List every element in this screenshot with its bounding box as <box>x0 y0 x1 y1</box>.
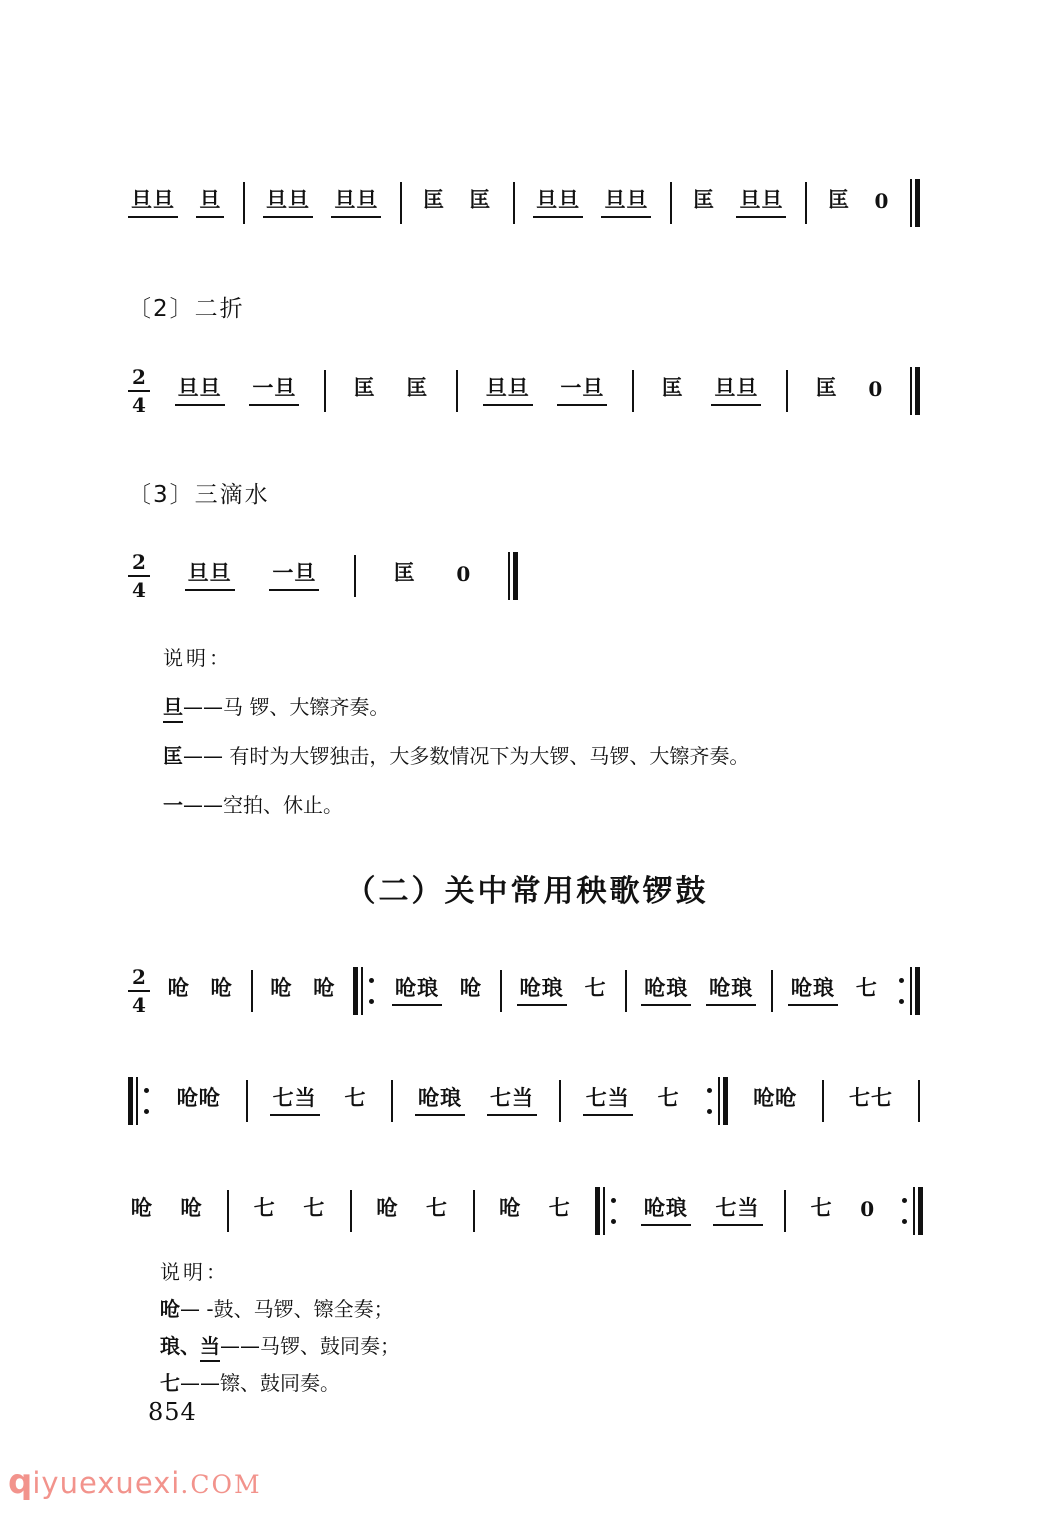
note-group: 旦旦 <box>185 561 235 591</box>
legend-item: 匡—— 有时为大锣独击，大多数情况下为大锣、马锣、大镲齐奏。 <box>163 744 749 768</box>
section-heading-sandishui: 〔3〕三滴水 <box>128 476 270 509</box>
barline <box>246 1080 248 1122</box>
legend-dash: —— <box>220 1334 260 1358</box>
rest-symbol: 0 <box>453 562 473 591</box>
note-group: 呛琅 <box>706 976 756 1006</box>
note-group: 呛 <box>310 976 338 1006</box>
note-group: 旦旦 <box>263 188 313 218</box>
legend-text: 马 锣、大镲齐奏。 <box>223 695 389 719</box>
note-group: 旦旦 <box>601 188 651 218</box>
notation-line-3: 24旦旦一旦匡0 <box>128 545 518 607</box>
legend-text: 镲、鼓同奏。 <box>220 1371 340 1395</box>
note-group: 匡 <box>825 188 853 218</box>
legend-symbol-part: 一 <box>163 793 183 817</box>
rest-symbol: 0 <box>857 1197 877 1226</box>
thick-barline-stroke <box>723 1077 728 1125</box>
note-group: 七当 <box>270 1086 320 1116</box>
note-group: 七 <box>853 976 881 1006</box>
barline <box>625 970 627 1012</box>
thin-barline-stroke <box>910 179 912 227</box>
note-group: 呛琅 <box>641 976 691 1006</box>
barline <box>632 370 634 412</box>
note-group: 匡 <box>420 188 448 218</box>
note-group: 呛呛 <box>750 1086 800 1116</box>
repeat-dot <box>144 1088 149 1093</box>
legend-symbol: 琅、当 <box>160 1334 220 1362</box>
thick-barline-stroke <box>128 1077 133 1125</box>
barline <box>350 1190 352 1232</box>
note-group: 匡 <box>403 376 431 406</box>
notation-line-4: 24呛呛呛呛呛琅呛呛琅七呛琅呛琅呛琅七 <box>128 960 920 1022</box>
repeat-dot <box>902 1198 907 1203</box>
legend-symbol: 一 <box>163 793 183 817</box>
note-group: 七当 <box>583 1086 633 1116</box>
final-barline <box>910 179 920 227</box>
thin-barline-stroke <box>910 367 912 415</box>
legend-dash: —— <box>180 1371 220 1395</box>
thin-barline-stroke <box>910 967 912 1015</box>
barline <box>251 970 253 1012</box>
repeat-dots <box>707 1088 712 1114</box>
repeat-dots <box>902 1198 907 1224</box>
note-group: 呛 <box>178 1196 206 1226</box>
final-barline <box>508 552 518 600</box>
time-signature-denominator: 4 <box>132 395 146 415</box>
repeat-dots <box>144 1088 149 1114</box>
note-group: 匡 <box>813 376 841 406</box>
thick-barline-stroke <box>918 1187 923 1235</box>
legend-section-1: 说明：旦——马 锣、大镲齐奏。匡—— 有时为大锣独击，大多数情况下为大锣、马锣、… <box>163 646 749 817</box>
repeat-dot <box>611 1219 616 1224</box>
note-group: 呛 <box>496 1196 524 1226</box>
note-group: 七 <box>582 976 610 1006</box>
scanned-music-page: 旦旦旦旦旦旦旦匡匡旦旦旦旦匡旦旦匡0 〔2〕二折 24旦旦一旦匡匡旦旦一旦匡旦旦… <box>0 0 1054 1514</box>
legend-dash: —— <box>183 793 223 817</box>
note-group: 七 <box>546 1196 574 1226</box>
legend-symbol-part: 七 <box>160 1371 180 1395</box>
barline <box>670 182 672 224</box>
note-group: 七当 <box>713 1196 763 1226</box>
thick-barline-stroke <box>595 1187 600 1235</box>
note-group: 七七 <box>846 1086 896 1116</box>
rest-symbol: 0 <box>872 189 892 218</box>
legend-title: 说明： <box>160 1260 400 1284</box>
barline <box>391 1080 393 1122</box>
section-heading-erzhe: 〔2〕二折 <box>128 290 245 323</box>
legend-text: 有时为大锣独击，大多数情况下为大锣、马锣、大镲齐奏。 <box>229 744 749 768</box>
repeat-end-barline <box>896 967 920 1015</box>
note-group: 匡 <box>690 188 718 218</box>
notation-line-6: 呛呛七七呛七呛七呛琅七当七0 <box>128 1180 923 1242</box>
thin-barline-stroke <box>508 552 510 600</box>
legend-symbol: 匡 <box>163 744 183 768</box>
note-group: 七 <box>341 1086 369 1116</box>
page-number: 854 <box>148 1398 197 1426</box>
legend-symbol-part: 匡 <box>163 744 183 768</box>
note-group: 旦旦 <box>128 188 178 218</box>
repeat-dot <box>611 1198 616 1203</box>
time-signature: 24 <box>128 967 150 1015</box>
repeat-dots <box>369 978 374 1004</box>
barline <box>784 1190 786 1232</box>
note-group: 呛 <box>373 1196 401 1226</box>
repeat-start-barline <box>128 1077 152 1125</box>
time-signature: 24 <box>128 552 150 600</box>
legend-item: 呛— -鼓、马锣、镲全奏； <box>160 1297 400 1321</box>
legend-text: 鼓、马锣、镲全奏； <box>214 1297 394 1321</box>
repeat-dot <box>899 978 904 983</box>
barline <box>227 1190 229 1232</box>
legend-item: 旦——马 锣、大镲齐奏。 <box>163 695 749 719</box>
repeat-dot <box>899 999 904 1004</box>
notation-line-1: 旦旦旦旦旦旦旦匡匡旦旦旦旦匡旦旦匡0 <box>128 172 920 234</box>
note-group: 呛琅 <box>392 976 442 1006</box>
note-group: 一旦 <box>249 376 299 406</box>
watermark: qiyuexuexi.COM <box>8 1462 262 1502</box>
note-group: 七 <box>808 1196 836 1226</box>
note-group: 旦 <box>196 188 224 218</box>
barline <box>918 1080 920 1122</box>
thick-barline-stroke <box>915 179 920 227</box>
note-group: 一旦 <box>557 376 607 406</box>
barline <box>500 970 502 1012</box>
note-group: 旦旦 <box>736 188 786 218</box>
notation-line-2: 24旦旦一旦匡匡旦旦一旦匡旦旦匡0 <box>128 360 920 422</box>
time-signature-denominator: 4 <box>132 995 146 1015</box>
note-group: 呛琅 <box>517 976 567 1006</box>
watermark-middle: iyuexuexi <box>32 1466 180 1500</box>
note-group: 呛琅 <box>641 1196 691 1226</box>
note-group: 旦旦 <box>533 188 583 218</box>
note-group: 匡 <box>391 561 419 591</box>
thin-barline-stroke <box>136 1077 138 1125</box>
legend-symbol: 呛 <box>160 1297 180 1321</box>
note-group: 旦旦 <box>711 376 761 406</box>
repeat-dot <box>144 1109 149 1114</box>
legend-symbol: 七 <box>160 1371 180 1395</box>
main-heading: （二）关中常用秧歌锣鼓 <box>0 866 1054 910</box>
time-signature: 24 <box>128 367 150 415</box>
legend-symbol: 旦 <box>163 695 183 723</box>
thin-barline-stroke <box>913 1187 915 1235</box>
rest-symbol: 0 <box>865 377 885 406</box>
legend-dash: —— <box>183 695 223 719</box>
repeat-dot <box>902 1219 907 1224</box>
repeat-end-barline <box>704 1077 728 1125</box>
legend-item: 七——镲、鼓同奏。 <box>160 1371 400 1395</box>
note-group: 旦旦 <box>331 188 381 218</box>
thin-barline-stroke <box>603 1187 605 1235</box>
thick-barline-stroke <box>513 552 518 600</box>
note-group: 七 <box>655 1086 683 1116</box>
note-group: 七 <box>300 1196 328 1226</box>
time-signature-line <box>128 575 150 577</box>
final-barline <box>910 367 920 415</box>
legend-item: 琅、当——马锣、鼓同奏； <box>160 1334 400 1358</box>
barline <box>559 1080 561 1122</box>
barline <box>473 1190 475 1232</box>
legend-item: 一——空拍、休止。 <box>163 793 749 817</box>
legend-title: 说明： <box>163 646 749 670</box>
note-group: 呛呛 <box>174 1086 224 1116</box>
barline <box>771 970 773 1012</box>
note-group: 旦旦 <box>175 376 225 406</box>
barline <box>354 555 356 597</box>
note-group: 呛 <box>128 1196 156 1226</box>
barline <box>786 370 788 412</box>
legend-dash: —— <box>183 744 229 768</box>
note-group: 呛琅 <box>788 976 838 1006</box>
note-group: 呛 <box>165 976 193 1006</box>
barline <box>456 370 458 412</box>
legend-symbol-part: 呛 <box>160 1297 180 1321</box>
barline <box>324 370 326 412</box>
watermark-suffix: .COM <box>180 1470 261 1499</box>
barline <box>243 182 245 224</box>
repeat-dot <box>707 1109 712 1114</box>
note-group: 七 <box>251 1196 279 1226</box>
repeat-dots <box>611 1198 616 1224</box>
time-signature-line <box>128 990 150 992</box>
legend-dash: — - <box>180 1297 214 1321</box>
repeat-dot <box>707 1088 712 1093</box>
thin-barline-stroke <box>718 1077 720 1125</box>
time-signature-numerator: 2 <box>132 967 146 987</box>
barline <box>513 182 515 224</box>
note-group: 呛 <box>208 976 236 1006</box>
repeat-dots <box>899 978 904 1004</box>
note-group: 匡 <box>351 376 379 406</box>
thick-barline-stroke <box>915 967 920 1015</box>
thick-barline-stroke <box>353 967 358 1015</box>
notation-line-5: 呛呛七当七呛琅七当七当七呛呛七七 <box>128 1070 920 1132</box>
repeat-dot <box>369 978 374 983</box>
note-group: 呛琅 <box>415 1086 465 1116</box>
barline <box>822 1080 824 1122</box>
legend-symbol-part: 旦 <box>163 695 183 723</box>
time-signature-line <box>128 390 150 392</box>
legend-symbol-part: 当 <box>200 1334 220 1362</box>
barline <box>400 182 402 224</box>
repeat-start-barline <box>595 1187 619 1235</box>
note-group: 旦旦 <box>483 376 533 406</box>
note-group: 七当 <box>487 1086 537 1116</box>
thin-barline-stroke <box>361 967 363 1015</box>
thick-barline-stroke <box>915 367 920 415</box>
legend-text: 马锣、鼓同奏； <box>260 1334 400 1358</box>
time-signature-denominator: 4 <box>132 580 146 600</box>
repeat-dot <box>369 999 374 1004</box>
time-signature-numerator: 2 <box>132 367 146 387</box>
watermark-prefix: q <box>8 1462 32 1502</box>
repeat-start-barline <box>353 967 377 1015</box>
note-group: 七 <box>423 1196 451 1226</box>
legend-section-2: 说明：呛— -鼓、马锣、镲全奏；琅、当——马锣、鼓同奏；七——镲、鼓同奏。 <box>160 1260 400 1395</box>
note-group: 匡 <box>466 188 494 218</box>
note-group: 一旦 <box>269 561 319 591</box>
note-group: 匡 <box>659 376 687 406</box>
note-group: 呛 <box>457 976 485 1006</box>
repeat-end-barline <box>899 1187 923 1235</box>
time-signature-numerator: 2 <box>132 552 146 572</box>
note-group: 呛 <box>268 976 296 1006</box>
barline <box>805 182 807 224</box>
legend-text: 空拍、休止。 <box>223 793 343 817</box>
legend-symbol-part: 琅、 <box>160 1334 200 1358</box>
